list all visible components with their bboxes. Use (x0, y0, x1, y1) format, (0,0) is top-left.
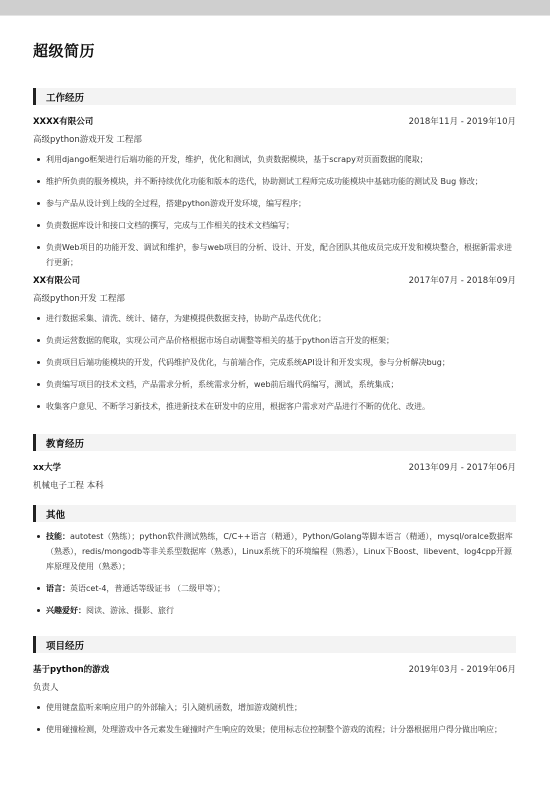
section-accent-bar (33, 636, 36, 653)
list-item: 负责项目后端功能模块的开发，代码维护及优化，与前端合作，完成系统API设计和开发… (33, 355, 516, 370)
item-text: 阅读、游泳、摄影、旅行 (86, 606, 174, 615)
date-range: 2019年03月 - 2019年06月 (409, 663, 516, 675)
section-title: 项目经历 (46, 638, 84, 652)
item-label: 兴趣爱好： (46, 606, 86, 615)
project-name: 基于python的游戏 (33, 663, 109, 675)
major: 机械电子工程 本科 (33, 479, 516, 491)
section-header: 项目经历 (33, 636, 516, 653)
list-item: 维护所负责的服务模块，并不断持续优化功能和版本的迭代，协助测试工程师完成功能模块… (33, 174, 516, 189)
list-item: 进行数据采集、清洗、统计、储存，为建模提供数据支持，协助产品迭代优化； (33, 311, 516, 326)
list-item: 收集客户意见、不断学习新技术，推进新技术在研发中的应用，根据客户需求对产品进行不… (33, 399, 516, 414)
list-item-hobbies: 兴趣爱好：阅读、游泳、摄影、旅行 (33, 603, 516, 618)
date-range: 2013年09月 - 2017年06月 (409, 461, 516, 473)
date-range: 2018年11月 - 2019年10月 (409, 115, 516, 127)
item-text: 英语cet-4，普通话等级证书 （二级甲等）； (70, 584, 225, 593)
date-range: 2017年07月 - 2018年09月 (409, 274, 516, 286)
section-title: 其他 (46, 507, 65, 521)
section-header: 其他 (33, 505, 516, 522)
project-role: 负责人 (33, 681, 516, 693)
bullet-list: 使用键盘监听来响应用户的外部输入；引入随机函数，增加游戏随机性； 使用碰撞检测，… (33, 700, 516, 737)
list-item: 负责数据库设计和接口文档的撰写，完成与工作相关的技术文档编写； (33, 218, 516, 233)
list-item: 利用django框架进行后端功能的开发，维护，优化和测试，负责数据模块，基于sc… (33, 152, 516, 167)
section-header: 工作经历 (33, 88, 516, 105)
section-header: 教育经历 (33, 434, 516, 451)
list-item: 参与产品从设计到上线的全过程，搭建python游戏开发环境，编写程序； (33, 196, 516, 211)
bullet-list: 技能：autotest（熟练）；python软件测试熟练，C/C++语言（精通）… (33, 529, 516, 618)
bullet-list: 利用django框架进行后端功能的开发，维护，优化和测试，负责数据模块，基于sc… (33, 152, 516, 270)
job-role: 高级python开发 工程部 (33, 292, 516, 304)
company-name: XX有限公司 (33, 274, 80, 286)
company-name: XXXX有限公司 (33, 115, 93, 127)
item-label: 语言： (46, 584, 70, 593)
section-education: 教育经历 xx大学 2013年09月 - 2017年06月 机械电子工程 本科 (33, 434, 516, 491)
list-item: 使用键盘监听来响应用户的外部输入；引入随机函数，增加游戏随机性； (33, 700, 516, 715)
section-accent-bar (33, 505, 36, 522)
item-text: autotest（熟练）；python软件测试熟练，C/C++语言（精通），Py… (46, 532, 513, 571)
page-title: 超级简历 (33, 40, 95, 61)
top-toolbar-strip (0, 0, 550, 16)
section-projects: 项目经历 基于python的游戏 2019年03月 - 2019年06月 负责人… (33, 636, 516, 737)
school-name: xx大学 (33, 461, 61, 473)
job-role: 高级python游戏开发 工程部 (33, 133, 516, 145)
list-item: 使用碰撞检测，处理游戏中各元素发生碰撞时产生响应的效果；使用标志位控制整个游戏的… (33, 722, 516, 737)
list-item-skills: 技能：autotest（熟练）；python软件测试熟练，C/C++语言（精通）… (33, 529, 516, 574)
list-item: 负责运营数据的爬取，实现公司产品价格根据市场自动调整等相关的基于python语言… (33, 333, 516, 348)
section-work: 工作经历 XXXX有限公司 2018年11月 - 2019年10月 高级pyth… (33, 88, 516, 414)
section-title: 教育经历 (46, 436, 84, 450)
list-item: 负责编写项目的技术文档，产品需求分析，系统需求分析，web前后端代码编写，测试，… (33, 377, 516, 392)
bullet-list: 进行数据采集、清洗、统计、储存，为建模提供数据支持，协助产品迭代优化； 负责运营… (33, 311, 516, 414)
section-accent-bar (33, 434, 36, 451)
section-title: 工作经历 (46, 90, 84, 104)
item-label: 技能： (46, 532, 70, 541)
section-other: 其他 技能：autotest（熟练）；python软件测试熟练，C/C++语言（… (33, 505, 516, 618)
section-accent-bar (33, 88, 36, 105)
list-item-language: 语言：英语cet-4，普通话等级证书 （二级甲等）； (33, 581, 516, 596)
job-entry: XXXX有限公司 2018年11月 - 2019年10月 高级python游戏开… (33, 115, 516, 270)
list-item: 负责Web项目的功能开发、调试和维护，参与web项目的分析、设计、开发，配合团队… (33, 240, 516, 270)
job-entry: XX有限公司 2017年07月 - 2018年09月 高级python开发 工程… (33, 274, 516, 414)
